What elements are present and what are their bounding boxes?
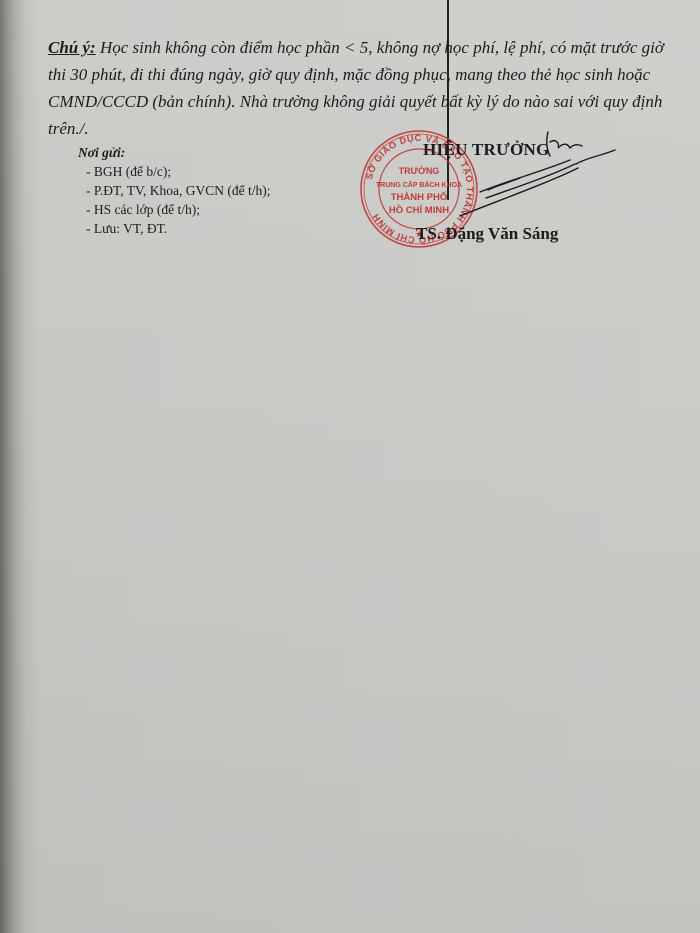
recipients-block: Nơi gửi: BGH (để b/c); P.ĐT, TV, Khoa, G… bbox=[78, 143, 271, 238]
signer-name: TS. Đặng Văn Sáng bbox=[416, 224, 558, 244]
handwritten-signature bbox=[400, 120, 630, 230]
recipients-list: BGH (để b/c); P.ĐT, TV, Khoa, GVCN (để t… bbox=[78, 162, 271, 238]
note-label: Chú ý: bbox=[48, 38, 96, 57]
recipient-item: BGH (để b/c); bbox=[86, 162, 271, 181]
recipient-item: Lưu: VT, ĐT. bbox=[86, 219, 271, 238]
recipient-item: P.ĐT, TV, Khoa, GVCN (để t/h); bbox=[86, 181, 271, 200]
recipients-title: Nơi gửi: bbox=[78, 143, 271, 162]
recipient-item: HS các lớp (để t/h); bbox=[86, 200, 271, 219]
